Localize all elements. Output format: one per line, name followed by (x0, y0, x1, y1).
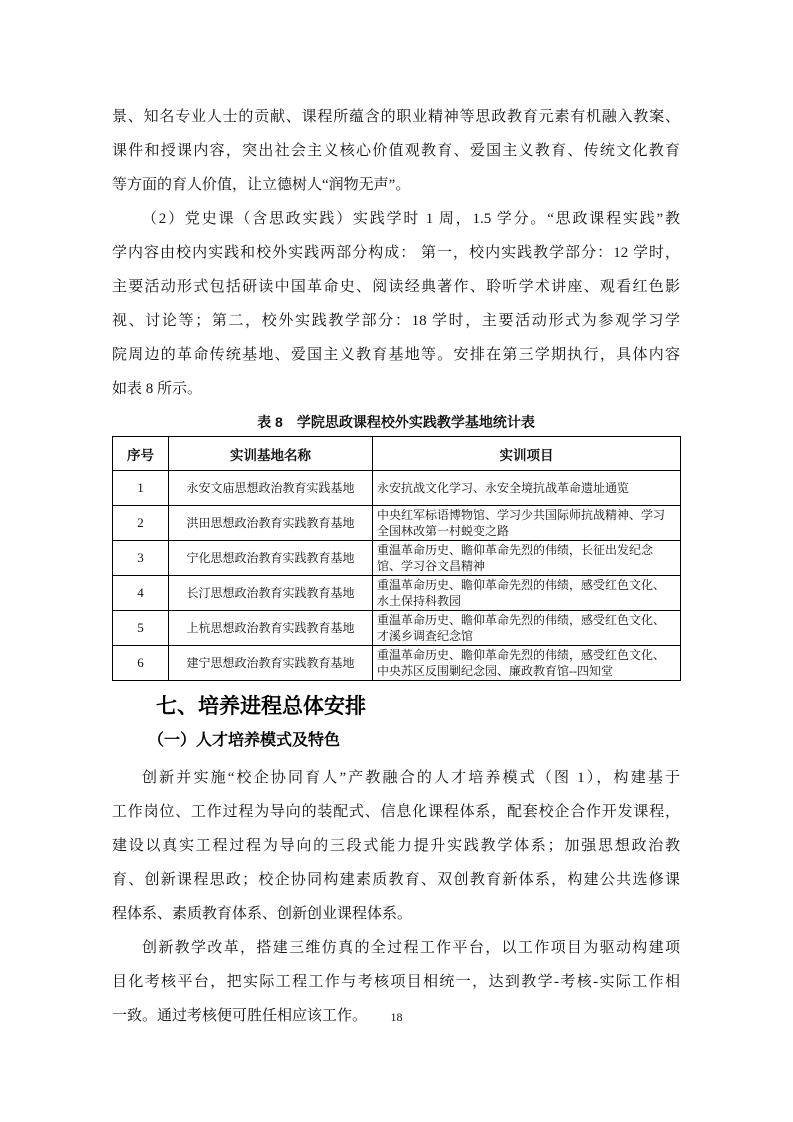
text-line: 院周边的革命传统基地、爱国主义教育基地等。安排在第三学期执行，具体内容 (112, 338, 680, 372)
base-name-cell: 宁化思想政治教育实践教育基地 (169, 541, 373, 576)
table-header-no: 序号 (113, 437, 169, 471)
base-name-cell: 上杭思想政治教育实践教育基地 (169, 611, 373, 646)
text-line: 课件和授课内容，突出社会主义核心价值观教育、爱国主义教育、传统文化教育 (112, 134, 680, 168)
text-line: 景、知名专业人士的贡献、课程所蕴含的职业精神等思政教育元素有机融入教案、 (112, 100, 680, 134)
sub-heading: （一）人才培养模式及特色 (112, 729, 680, 753)
text-line: （2）党史课（含思政实践）实践学时 1 周，1.5 学分。“思政课程实践”教 (112, 202, 680, 236)
text-line: 育、创新课程思政；校企协同构建素质教育、双创教育新体系，构建公共选修课 (112, 863, 680, 897)
paragraph: 景、知名专业人士的贡献、课程所蕴含的职业精神等思政教育元素有机融入教案、课件和授… (112, 100, 680, 202)
body-paragraphs-bottom: 创新并实施“校企协同育人”产教融合的人才培养模式（图 1），构建基于工作岗位、工… (112, 761, 680, 1033)
text-line: 程体系、素质教育体系、创新创业课程体系。 (112, 897, 680, 931)
project-cell: 永安抗战文化学习、永安全境抗战革命遗址通览 (373, 471, 681, 506)
body-paragraphs-top: 景、知名专业人士的贡献、课程所蕴含的职业精神等思政教育元素有机融入教案、课件和授… (112, 100, 680, 406)
row-number-cell: 4 (113, 576, 169, 611)
project-cell: 重温革命历史、瞻仰革命先烈的伟绩，感受红色文化、水土保持科教园 (373, 576, 681, 611)
row-number-cell: 3 (113, 541, 169, 576)
base-name-cell: 长汀思想政治教育实践教育基地 (169, 576, 373, 611)
project-cell: 重温革命历史、瞻仰革命先烈的伟绩，长征出发纪念馆、学习谷文昌精神 (373, 541, 681, 576)
text-line: 主要活动形式包括研读中国革命史、阅读经典著作、聆听学术讲座、观看红色影 (112, 270, 680, 304)
table-caption: 表 8 学院思政课程校外实践教学基地统计表 (112, 410, 680, 434)
text-line: 创新并实施“校企协同育人”产教融合的人才培养模式（图 1），构建基于 (112, 761, 680, 795)
document-page: 景、知名专业人士的贡献、课程所蕴含的职业精神等思政教育元素有机融入教案、课件和授… (0, 0, 793, 1122)
table-row: 3宁化思想政治教育实践教育基地重温革命历史、瞻仰革命先烈的伟绩，长征出发纪念馆、… (113, 541, 681, 576)
base-name-cell: 建宁思想政治教育实践教育基地 (169, 646, 373, 681)
page-number: 18 (0, 1010, 793, 1025)
base-name-cell: 洪田思想政治教育实践教育基地 (169, 506, 373, 541)
project-cell: 重温革命历史、瞻仰革命先烈的伟绩，感受红色文化、中央苏区反围剿纪念园、廉政教育馆… (373, 646, 681, 681)
row-number-cell: 1 (113, 471, 169, 506)
text-line: 建设以真实工程过程为导向的三段式能力提升实践教学体系；加强思想政治教 (112, 829, 680, 863)
base-name-cell: 永安文庙思想政治教育实践基地 (169, 471, 373, 506)
table-row: 2洪田思想政治教育实践教育基地中央红军标语博物馆、学习少共国际师抗战精神、学习全… (113, 506, 681, 541)
table-row: 5上杭思想政治教育实践教育基地重温革命历史、瞻仰革命先烈的伟绩，感受红色文化、才… (113, 611, 681, 646)
text-line: 视、讨论等；第二，校外实践教学部分：18 学时，主要活动形式为参观学习学 (112, 304, 680, 338)
text-line: 创新教学改革，搭建三维仿真的全过程工作平台，以工作项目为驱动构建项 (112, 931, 680, 965)
practice-base-table: 序号 实训基地名称 实训项目 1永安文庙思想政治教育实践基地永安抗战文化学习、永… (112, 436, 681, 681)
paragraph: （2）党史课（含思政实践）实践学时 1 周，1.5 学分。“思政课程实践”教学内… (112, 202, 680, 406)
row-number-cell: 6 (113, 646, 169, 681)
project-cell: 重温革命历史、瞻仰革命先烈的伟绩，感受红色文化、才溪乡调查纪念馆 (373, 611, 681, 646)
section-heading: 七、培养进程总体安排 (112, 693, 680, 721)
table-row: 4长汀思想政治教育实践教育基地重温革命历史、瞻仰革命先烈的伟绩，感受红色文化、水… (113, 576, 681, 611)
text-line: 目化考核平台，把实际工程工作与考核项目相统一，达到教学-考核-实际工作相 (112, 965, 680, 999)
table-header-row: 序号 实训基地名称 实训项目 (113, 437, 681, 471)
row-number-cell: 2 (113, 506, 169, 541)
row-number-cell: 5 (113, 611, 169, 646)
text-line: 如表 8 所示。 (112, 372, 680, 406)
table-header-base: 实训基地名称 (169, 437, 373, 471)
table-header-proj: 实训项目 (373, 437, 681, 471)
text-line: 学内容由校内实践和校外实践两部分构成： 第一，校内实践教学部分：12 学时， (112, 236, 680, 270)
page-content: 景、知名专业人士的贡献、课程所蕴含的职业精神等思政教育元素有机融入教案、课件和授… (112, 100, 680, 1033)
project-cell: 中央红军标语博物馆、学习少共国际师抗战精神、学习全国林改第一村蜕变之路 (373, 506, 681, 541)
table-row: 1永安文庙思想政治教育实践基地永安抗战文化学习、永安全境抗战革命遗址通览 (113, 471, 681, 506)
text-line: 工作岗位、工作过程为导向的装配式、信息化课程体系，配套校企合作开发课程， (112, 795, 680, 829)
table-row: 6建宁思想政治教育实践教育基地重温革命历史、瞻仰革命先烈的伟绩，感受红色文化、中… (113, 646, 681, 681)
text-line: 等方面的育人价值，让立德树人“润物无声”。 (112, 168, 680, 202)
paragraph: 创新并实施“校企协同育人”产教融合的人才培养模式（图 1），构建基于工作岗位、工… (112, 761, 680, 931)
